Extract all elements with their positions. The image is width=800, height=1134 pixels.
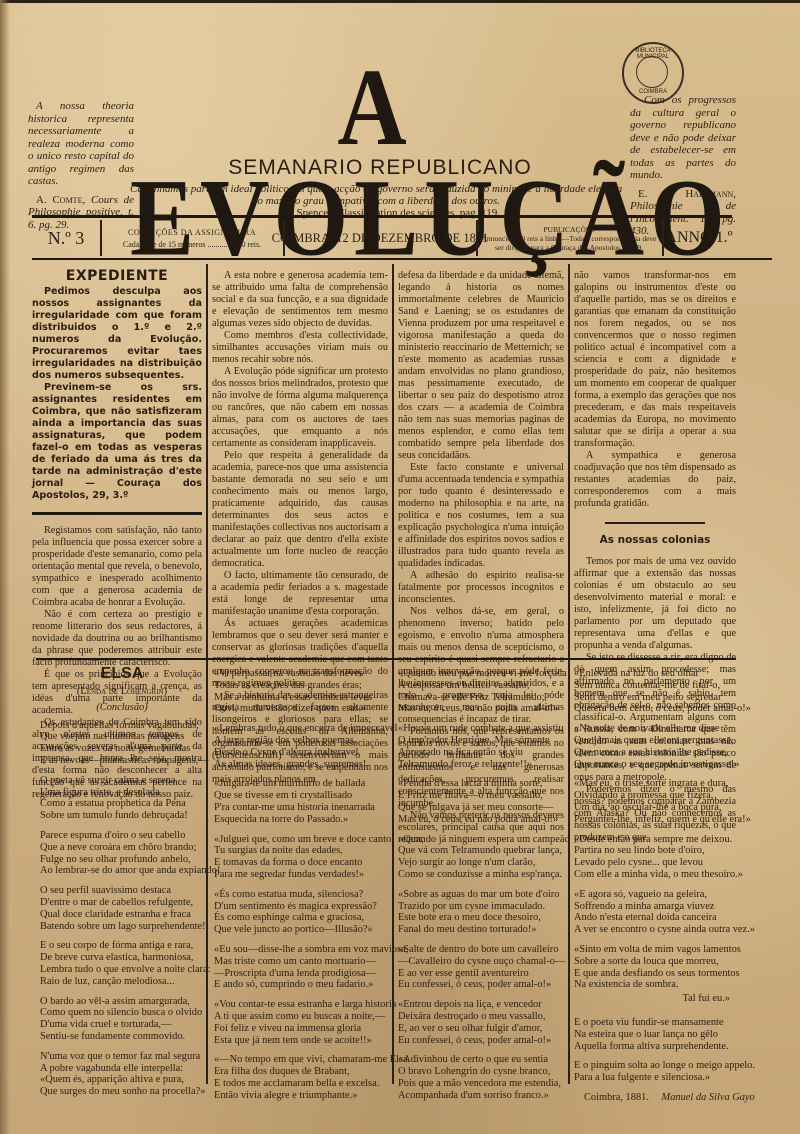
- section-rule: [605, 522, 705, 524]
- poem-line: E ao ver esse gentil aventureiro: [398, 968, 564, 980]
- poem-line: Depois d'aquellas fórmas vagabundas,: [40, 720, 204, 732]
- poem-stanza: «Julguei que, como um breve e doce canto…: [214, 834, 390, 881]
- poem-line: «Quem és, apparição altiva e pura,: [40, 1074, 204, 1086]
- poem-line: Acompanhada d'um sorriso franco.»: [398, 1090, 564, 1102]
- poem-line: Perguntei-lhe, infeliz, quem é qu'elle e…: [574, 814, 740, 826]
- poem-place-date: Coimbra, 1881.: [584, 1092, 649, 1103]
- poem-line: Trazido por um cysne immaculado.: [398, 901, 564, 913]
- poem-signature: Coimbra, 1881. Manuel da Silva Gayo: [574, 1092, 740, 1104]
- poem-line: —Cavalleiro do cysne ouço chamal-o—: [398, 956, 564, 968]
- poem-line: «Enlevada na luz do seu olhar: [574, 668, 740, 680]
- poem-line: Esta que já nem tem onde se acoite!!»: [214, 1035, 390, 1047]
- poem-line: O bravo Lohengrin do cysne branco,: [398, 1066, 564, 1078]
- poem-stanza: N'uma voz que o temor faz mal seguraA po…: [40, 1051, 204, 1098]
- poem-line: Olvidando a promessa que fizera,: [574, 790, 740, 802]
- poem-line: Aquella forma altiva surprehendente.: [574, 1041, 740, 1053]
- poem-line: Que nunca o seu segredo investigasse!»: [574, 759, 740, 771]
- column-rule-2: [392, 264, 394, 1084]
- poem-stanza: «Quando meu pae morreu vi-me forçadaA de…: [398, 668, 564, 715]
- poem-line: E o poeta viu fundir-se mansamente: [574, 1017, 740, 1029]
- poem-line: Chamava-se elle Fritz Telramundo;: [398, 692, 564, 704]
- expediente-heading: EXPEDIENTE: [32, 270, 202, 282]
- poem-line: «Quando meu pae morreu vi-me forçada: [398, 668, 564, 680]
- poem-stanza: O poeta vê surgir calma e serenaUma figu…: [40, 775, 204, 822]
- poem-line: Qual doce claridade estranha e fraca: [40, 909, 204, 921]
- poem-stanza: «Lembras tudo o que encerra de impeccave…: [214, 723, 390, 770]
- issue-date: COIMBRA, 12 DE DEZEMBRO DE 1881: [285, 218, 475, 258]
- poem-line: «Sinto em volta de mim vagos lamentos: [574, 944, 740, 956]
- poem-line: O bardo ao vêl-a assim amargurada,: [40, 996, 204, 1008]
- poem-line: Mas eu, ó ceus, eu não podia amal-o!»: [398, 703, 564, 715]
- poem-line: Como se conduzisse a minha esp'rança.: [398, 869, 564, 881]
- column-rule-3: [568, 264, 570, 1084]
- poem-subtitle: (Lenda de Lohengrin): [40, 686, 204, 698]
- poem-column-3: «Quando meu pae morreu vi-me forçadaA de…: [398, 668, 564, 1110]
- poem-stanza: O seu perfil suavissimo destacaD'entre o…: [40, 885, 204, 932]
- poem-line: Ao lembrar-se do amor que anda expiando!: [40, 865, 204, 877]
- poem-line: Parece espuma d'oiro o seu cabello: [40, 830, 204, 842]
- poem-line: «Adivinhou de certo o que eu sentia: [398, 1054, 564, 1066]
- poem-line: O seu perfil suavissimo destaca: [40, 885, 204, 897]
- poem-line: Que surges do meu sonho na procella?»: [40, 1086, 204, 1098]
- poem-line: Ouvi, muda visão, dizer quem eras.»: [214, 703, 390, 715]
- poem-author: Manuel da Silva Gayo: [662, 1092, 755, 1103]
- poem-line: Que a neve coroára em chôro brando;: [40, 842, 204, 854]
- poem-top-rule: [36, 658, 736, 660]
- poem-stanza: «Enlevada na luz do seu olharSem nunca c…: [574, 668, 740, 715]
- epigraph-left: A nossa theoria historica representa nec…: [28, 100, 134, 231]
- poem-stanza: O bardo ao vêl-a assim amargurada,Como q…: [40, 996, 204, 1043]
- poem-line: «Sobre as aguas do mar um bote d'oiro: [398, 889, 564, 901]
- poem-line: A ti que assim como eu buscas a noite,—: [214, 1011, 390, 1023]
- poem-line: «Entrou depois na liça, e vencedor: [398, 999, 564, 1011]
- poem-line: Mas eu, ó ceus, eu não podia amal-o!»: [398, 814, 564, 826]
- publications-info: PUBLICAÇÕES Annuncios, 20 reis a linha.—…: [478, 218, 660, 258]
- poem-line: E Fritz me fitava—o meu vassallo,: [398, 790, 564, 802]
- issue-number: N.º 3: [32, 218, 100, 258]
- poem-note: (Conclusão): [40, 702, 204, 714]
- poem-line: E, ao ver o seu olhar fulgir d'amor,: [398, 1023, 564, 1035]
- poem-stanza: «Eu sou—disse-lhe a sombra em voz mavios…: [214, 944, 390, 991]
- poem-line: Raio de luz, canção melodiosa...: [40, 976, 204, 988]
- epigraph-right-text: Com os progressos da cultura geral o gov…: [630, 94, 736, 182]
- poem-line: Entre as vozes da noite gemebundas: [40, 743, 204, 755]
- poem-line: Que nunca a sua historia lhe pedisse,: [574, 747, 740, 759]
- poem-line: Esquecida na torre do Passado.»: [214, 814, 390, 826]
- top-border: [0, 0, 800, 3]
- poem-stanzas: «Quando meu pae morreu vi-me forçadaA de…: [398, 668, 564, 1102]
- poem-line: «Na noite de noivado elle me disse: [574, 723, 740, 735]
- poem-stanza: «És como estatua muda, silenciosa?D'um s…: [214, 889, 390, 936]
- page-edge-shadow: [0, 0, 10, 1134]
- poem-line: Que vele juncto ao portico—Illusão?»: [214, 924, 390, 936]
- poem-stanza: «Entrou depois na liça, e vencedorDeixár…: [398, 999, 564, 1046]
- subscription-conditions: CONDIÇÕES DA ASSIGNATURA Cada serie de 1…: [102, 218, 282, 258]
- poem-stanza: «Vou contar-te essa estranha e larga his…: [214, 999, 390, 1046]
- poem-stanza: «Vi perpassar na vastidão das nevesTodas…: [214, 668, 390, 715]
- poem-line: D'uma vida cruel e torturada,—: [40, 1019, 204, 1031]
- poem-column-2: «Vi perpassar na vastidão das nevesTodas…: [214, 668, 390, 1110]
- column-rule-1: [206, 264, 208, 1084]
- poem-stanza: E o pinguim solta ao longe o meigo appel…: [574, 1060, 740, 1084]
- poem-line: Este bote era o meu doce thesoiro,: [398, 912, 564, 924]
- masthead-subtitle: SEMANARIO REPUBLICANO: [200, 156, 560, 180]
- poem-line: Partira no seu lindo bote d'oiro,: [574, 845, 740, 857]
- poem-line: Batendo sobre um lago surprehendente!: [40, 921, 204, 933]
- poem-line: A ver se encontro o cysne ainda outra ve…: [574, 924, 740, 936]
- poem-line: Que se julgava já ser meu consorte—: [398, 802, 564, 814]
- poem-line: Pois que a mão vencedora me estendia,: [398, 1078, 564, 1090]
- poem-line: E o seu corpo de fórma antiga e rara,: [40, 940, 204, 952]
- infobar-bottom-rule: [32, 258, 772, 260]
- issue-year: ANNO 1.º: [664, 218, 734, 258]
- poem-stanza: E o poeta viu fundir-se mansamenteNa est…: [574, 1017, 740, 1052]
- poem-line: Como quem no silencio busca o olvido: [40, 1007, 204, 1019]
- poem-line: Uma figura triste, e desolada: [40, 787, 204, 799]
- poem-line: «Lembras tudo o que encerra de impeccave…: [214, 723, 390, 735]
- poem-line: E que anda desfiando os seus tormentos: [574, 968, 740, 980]
- poem-line: E todos me acclamaram bella e excelsa.: [214, 1078, 390, 1090]
- poem-line: Desde o Cysne d'alvura inalteravel: [214, 747, 390, 759]
- poem-stanza: E o seu corpo de fórma antiga e rara,De …: [40, 940, 204, 987]
- poem-line: Como a estatua prophetica da Pena: [40, 798, 204, 810]
- poem-line: Mas a nenhuma d'essas sombras leves: [214, 692, 390, 704]
- poem-line: «És como estatua muda, silenciosa?: [214, 889, 390, 901]
- poem-stanza: «—No tempo em que vivi, chamaram-me Elsa…: [214, 1054, 390, 1101]
- poem-column-4: «Enlevada na luz do seu olharSem nunca c…: [574, 668, 740, 1104]
- poem-stanzas: «Vi perpassar na vastidão das nevesTodas…: [214, 668, 390, 1102]
- poem-line: «Mas eu, ó triste sorte ingrata e dura,: [574, 778, 740, 790]
- poem-line: Sobre a sorte da louca que morreu,: [574, 956, 740, 968]
- poem-stanza: Depois d'aquellas fórmas vagabundas,Que …: [40, 720, 204, 767]
- poem-line: «Salte de dentro do bote um cavalleiro: [398, 944, 564, 956]
- poem-stanza: «Desde então para sempre me deixou.Parti…: [574, 834, 740, 881]
- poem-column-1: ELSA (Lenda de Lohengrin) (Conclusão) De…: [40, 665, 204, 1106]
- poem-line: Vejo surgir ao longe n'um clarão,: [398, 857, 564, 869]
- poem-line: Eu confessei, ó ceus, poder amal-o!»: [398, 1035, 564, 1047]
- section-rule: [32, 512, 202, 515]
- poem-line: Senti dentro em meu peito segredar: [574, 692, 740, 704]
- poem-final-stanzas: E o poeta viu fundir-se mansamenteNa est…: [574, 1017, 740, 1084]
- poem-line: P'ra contar-me uma historia inenarrada: [214, 802, 390, 814]
- poem-line: «Vou contar-te essa estranha e larga his…: [214, 999, 390, 1011]
- poem-line: És como esphinge calma e graciosa,: [214, 912, 390, 924]
- expediente-body: Pedimos desculpa aos nossos assignantes …: [32, 286, 202, 502]
- poem-line: «Vi perpassar na vastidão das neves: [214, 668, 390, 680]
- poem-line: Foi feliz e viveu na immensa gloria: [214, 1023, 390, 1035]
- poem-stanza: «Julgara-te um murmurio de balladaQue se…: [214, 778, 390, 825]
- poem-line: D'entre o mar de cabellos refulgente,: [40, 897, 204, 909]
- poem-line: Sentiu-se fundamente commovido.: [40, 1031, 204, 1043]
- poem-line: Era filha dos duques de Brabant,: [214, 1066, 390, 1078]
- poem-line: Na esteira que o luar lança no gêlo: [574, 1029, 740, 1041]
- poem-line: Ando n'esta eternal doida canceira: [574, 912, 740, 924]
- poem-line: D'um sentimento és magica expressão?: [214, 901, 390, 913]
- poem-line: Um dia, ao oscular-lhe a boca pura,: [574, 802, 740, 814]
- poem-line: Lembra tudo o que envolve a noite clara:: [40, 964, 204, 976]
- poem-line: «Quando já ninguem espera um campeão: [398, 834, 564, 846]
- poem-stanzas: «Enlevada na luz do seu olharSem nunca c…: [574, 668, 740, 991]
- poem-line: Na existencia de sombra.: [574, 979, 740, 991]
- epigraph-left-text: A nossa theoria historica representa nec…: [28, 100, 134, 188]
- poem-stanza: «Sinto em volta de mim vagos lamentosSob…: [574, 944, 740, 991]
- poem-stanza: «Mas eu, ó triste sorte ingrata e dura,O…: [574, 778, 740, 825]
- poem-line: «E agora só, vagueio na geleira,: [574, 889, 740, 901]
- poem-line: O poeta vê surgir calma e serena: [40, 775, 204, 787]
- poem-line: Telramundo feroz e reluzente!!»: [398, 759, 564, 771]
- poem-line: Que jámais quem elle era perguntasse,: [574, 735, 740, 747]
- poem-line: Então vivia alegre e triumphante.»: [214, 1090, 390, 1102]
- poem-line: «Julguei que, como um breve e doce canto…: [214, 834, 390, 846]
- poem-closing-line: Tal fui eu.»: [574, 993, 740, 1005]
- poem-line: Soffrendo a minha amarga viuvez: [574, 901, 740, 913]
- poem-line: «Eu sou—disse-lhe a sombra em voz mavios…: [214, 944, 390, 956]
- poem-stanza: «Pendia d'essa lucta a minha sorte,E Fri…: [398, 778, 564, 825]
- poem-line: Mas triste como um canto mortuario—: [214, 956, 390, 968]
- poem-line: Ás almas ideaes, grandes, supremas!: [214, 759, 390, 771]
- poem-line: Que voejam nas humidas paragens: [40, 731, 204, 743]
- poem-line: Fanal do meu destino torturado!»: [398, 924, 564, 936]
- poem-line: «Pendia d'essa lucta a minha sorte,: [398, 778, 564, 790]
- poem-line: Sobre um tumulo fundo debruçada!: [40, 810, 204, 822]
- poem-line: Aprestado na liça então se viu: [398, 747, 564, 759]
- poem-title: ELSA: [40, 665, 204, 683]
- poem-line: N'uma voz que o temor faz mal segura: [40, 1051, 204, 1063]
- poem-line: Eu confessei, ó ceus, poder amal-o!»: [398, 979, 564, 991]
- poem-stanza: «Quando já ninguem espera um campeãoQue …: [398, 834, 564, 881]
- poem-line: E as nevoas—phantasticas roupagens,—: [40, 755, 204, 767]
- poem-line: Que vá com Telramundo quebrar lança,: [398, 845, 564, 857]
- poem-line: A desposar um bellico vassallo;: [398, 680, 564, 692]
- poem-line: Deixára destroçado o meu vassallo,: [398, 1011, 564, 1023]
- newspaper-page: A nossa theoria historica representa nec…: [0, 0, 800, 1134]
- masthead-motto: Caminhamos para um ideal politico em que…: [160, 183, 540, 219]
- poem-stanza: «Salte de dentro do bote um cavalleiro—C…: [398, 944, 564, 991]
- poem-line: A larga região dos velhos poemas,: [214, 735, 390, 747]
- poem-line: De breve curva elastica, harmoniosa,: [40, 952, 204, 964]
- poem-line: Levado pelo cysne... que levou: [574, 857, 740, 869]
- poem-line: Fulge no seu olhar profundo anhelo,: [40, 854, 204, 866]
- poem-line: «—No tempo em que vivi, chamaram-me Elsa…: [214, 1054, 390, 1066]
- poem-line: Que se tivesse em ti crystallisado: [214, 790, 390, 802]
- poem-stanza: «Houve um rude combate a que assistiuO i…: [398, 723, 564, 770]
- poem-line: A pobre vagabunda elle interpella:: [40, 1063, 204, 1075]
- poem-stanza: «Na noite de noivado elle me disseQue já…: [574, 723, 740, 770]
- poem-stanza: «E agora só, vagueio na geleira,Soffrend…: [574, 889, 740, 936]
- poem-line: E ando só, cumprindo o meu fadario.»: [214, 979, 390, 991]
- poem-line: Todas as creações das grandes éras;: [214, 680, 390, 692]
- poem-stanza: Parece espuma d'oiro o seu cabelloQue a …: [40, 830, 204, 877]
- poem-line: Que era bem certo, ó ceus, poder amal-o!…: [574, 703, 740, 715]
- poem-line: Com elle a minha vida, o meu thesoiro.»: [574, 869, 740, 881]
- poem-stanzas: Depois d'aquellas fórmas vagabundas,Que …: [40, 720, 204, 1098]
- colonias-heading: As nossas colonias: [574, 534, 736, 546]
- poem-line: «Julgara-te um murmurio de ballada: [214, 778, 390, 790]
- poem-line: —Proscripta d'uma lenda prodigiosa—: [214, 968, 390, 980]
- poem-line: «Houve um rude combate a que assistiu: [398, 723, 564, 735]
- poem-line: Sem nunca contentar-me de fital-o,: [574, 680, 740, 692]
- poem-line: «Desde então para sempre me deixou.: [574, 834, 740, 846]
- poem-stanza: «Adivinhou de certo o que eu sentiaO bra…: [398, 1054, 564, 1101]
- poem-line: O imp'rador Henrique. Mas sómente: [398, 735, 564, 747]
- poem-line: E tomavas da forma o doce encanto: [214, 857, 390, 869]
- poem-line: Tu surgias da noite das edades,: [214, 845, 390, 857]
- poem-line: Para me segredar fundas verdades!»: [214, 869, 390, 881]
- poem-stanza: «Sobre as aguas do mar um bote d'oiroTra…: [398, 889, 564, 936]
- poem-line: Para a lua fulgente e silenciosa.»: [574, 1072, 740, 1084]
- poem-line: E o pinguim solta ao longe o meigo appel…: [574, 1060, 740, 1072]
